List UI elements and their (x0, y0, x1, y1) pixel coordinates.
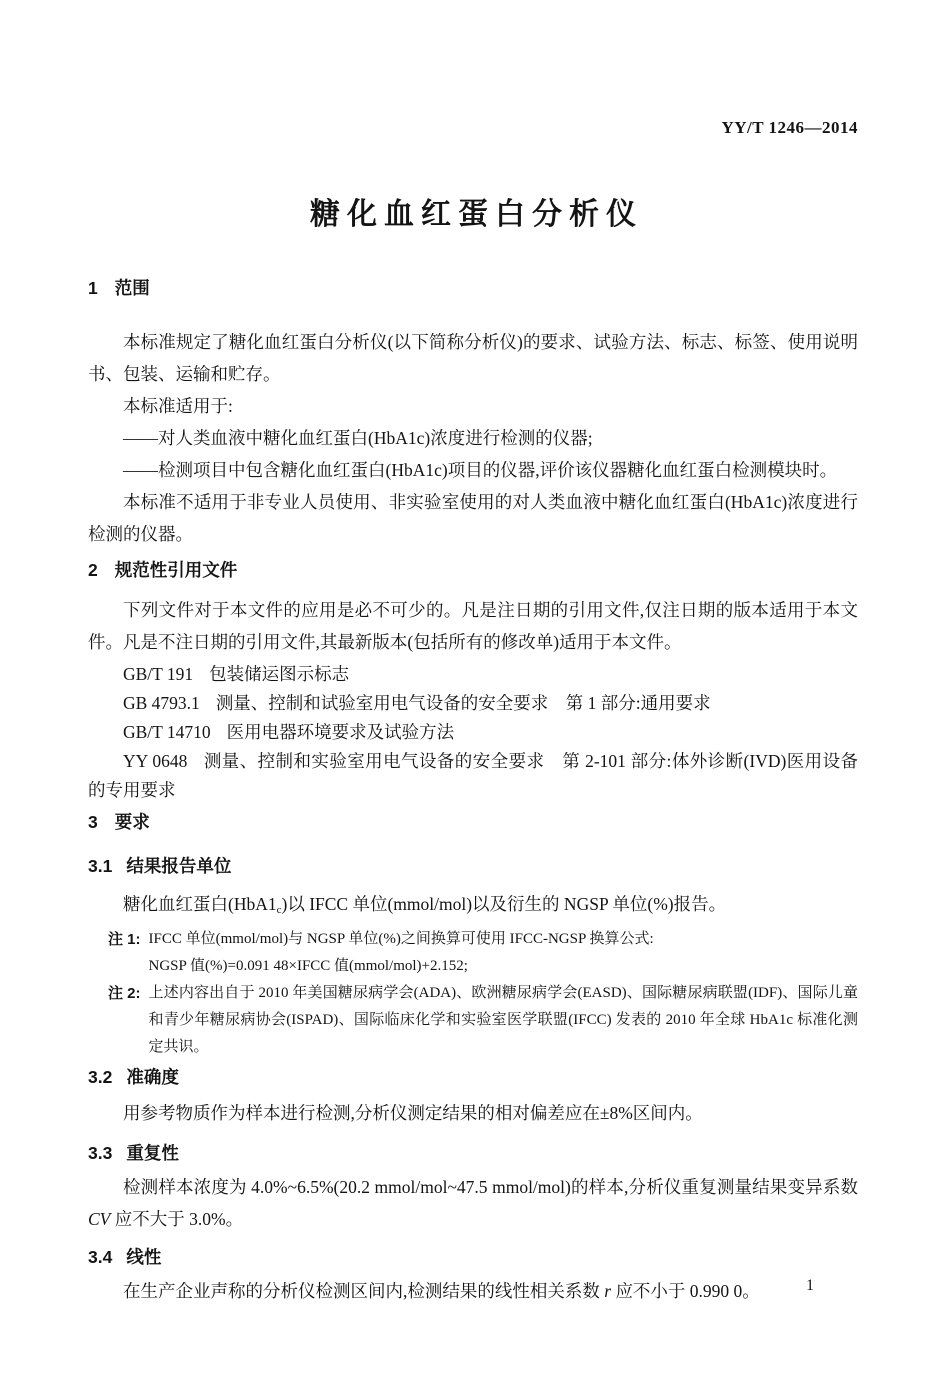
section-number: 3 (88, 812, 98, 832)
section-1-heading: 1范围 (88, 276, 858, 300)
repeatability-paragraph: 检测样本浓度为 4.0%~6.5%(20.2 mmol/mol~47.5 mmo… (88, 1171, 858, 1235)
document-title: 糖化血红蛋白分析仪 (88, 194, 858, 236)
scope-paragraph-2: 本标准适用于: (88, 390, 858, 422)
linearity-paragraph: 在生产企业声称的分析仪检测区间内,检测结果的线性相关系数 r 应不小于 0.99… (88, 1275, 858, 1307)
note-body: 上述内容出自于 2010 年美国糖尿病学会(ADA)、欧洲糖尿病学会(EASD)… (149, 980, 858, 1061)
reference-code: GB/T 191 (123, 664, 193, 684)
reference-item: GB/T 191包装储运图示标志 (88, 660, 858, 689)
section-title: 要求 (115, 812, 150, 832)
reference-code: GB/T 14710 (123, 722, 211, 742)
scope-list-item-1: ——对人类血液中糖化血红蛋白(HbA1c)浓度进行检测的仪器; (88, 422, 858, 454)
section-3-2-heading: 3.2准确度 (88, 1065, 858, 1089)
note-label: 注 1: (108, 926, 141, 980)
reference-name: 医用电器环境要求及试验方法 (227, 722, 455, 742)
note-1: 注 1: IFCC 单位(mmol/mol)与 NGSP 单位(%)之间换算可使… (108, 926, 858, 980)
section-number: 3.2 (88, 1067, 112, 1087)
note-1-formula: NGSP 值(%)=0.091 48×IFCC 值(mmol/mol)+2.15… (149, 953, 858, 980)
standard-code: YY/T 1246—2014 (88, 118, 858, 138)
section-title: 重复性 (126, 1143, 179, 1163)
scope-list-item-2: ——检测项目中包含糖化血红蛋白(HbA1c)项目的仪器,评价该仪器糖化血红蛋白检… (88, 454, 858, 486)
note-body: IFCC 单位(mmol/mol)与 NGSP 单位(%)之间换算可使用 IFC… (149, 926, 858, 980)
note-2: 注 2: 上述内容出自于 2010 年美国糖尿病学会(ADA)、欧洲糖尿病学会(… (108, 980, 858, 1061)
reference-name: 测量、控制和实验室用电气设备的安全要求 第 2-101 部分:体外诊断(IVD)… (88, 751, 858, 800)
text-part: 检测样本浓度为 4.0%~6.5%(20.2 mmol/mol~47.5 mmo… (123, 1177, 858, 1197)
reference-code: GB 4793.1 (123, 693, 200, 713)
references-intro-paragraph: 下列文件对于本文件的应用是必不可少的。凡是注日期的引用文件,仅注日期的版本适用于… (88, 594, 858, 658)
reference-name: 测量、控制和试验室用电气设备的安全要求 第 1 部分:通用要求 (216, 693, 711, 713)
note-2-text: 上述内容出自于 2010 年美国糖尿病学会(ADA)、欧洲糖尿病学会(EASD)… (149, 980, 858, 1061)
text-part: 应不大于 3.0%。 (110, 1209, 243, 1229)
reference-item: GB/T 14710医用电器环境要求及试验方法 (88, 718, 858, 747)
text-part: 在生产企业声称的分析仪检测区间内,检测结果的线性相关系数 (123, 1281, 604, 1301)
section-number: 3.3 (88, 1143, 112, 1163)
text-part: 应不小于 0.990 0。 (611, 1281, 760, 1301)
scope-paragraph-3: 本标准不适用于非专业人员使用、非实验室使用的对人类血液中糖化血红蛋白(HbA1c… (88, 486, 858, 550)
section-2-heading: 2规范性引用文件 (88, 558, 858, 582)
variable-cv: CV (88, 1209, 110, 1229)
reference-code: YY 0648 (123, 751, 187, 771)
section-3-3-heading: 3.3重复性 (88, 1141, 858, 1165)
section-3-4-heading: 3.4线性 (88, 1245, 858, 1269)
document-page: YY/T 1246—2014 糖化血红蛋白分析仪 1范围 本标准规定了糖化血红蛋… (0, 0, 950, 1383)
text-part: )以 IFCC 单位(mmol/mol)以及衍生的 NGSP 单位(%)报告。 (282, 894, 727, 914)
section-title: 准确度 (126, 1067, 179, 1087)
section-number: 1 (88, 278, 98, 298)
section-title: 范围 (115, 278, 150, 298)
section-title: 规范性引用文件 (115, 560, 238, 580)
reference-name: 包装储运图示标志 (209, 664, 349, 684)
scope-paragraph-1: 本标准规定了糖化血红蛋白分析仪(以下简称分析仪)的要求、试验方法、标志、标签、使… (88, 326, 858, 390)
section-number: 2 (88, 560, 98, 580)
accuracy-paragraph: 用参考物质作为样本进行检测,分析仪测定结果的相对偏差应在±8%区间内。 (88, 1097, 858, 1129)
reference-item: YY 0648测量、控制和实验室用电气设备的安全要求 第 2-101 部分:体外… (88, 747, 858, 805)
note-1-text: IFCC 单位(mmol/mol)与 NGSP 单位(%)之间换算可使用 IFC… (149, 926, 858, 953)
references-list: GB/T 191包装储运图示标志 GB 4793.1测量、控制和试验室用电气设备… (88, 660, 858, 805)
reference-item: GB 4793.1测量、控制和试验室用电气设备的安全要求 第 1 部分:通用要求 (88, 689, 858, 718)
note-label: 注 2: (108, 980, 141, 1061)
page-number: 1 (806, 1276, 814, 1296)
section-3-1-heading: 3.1结果报告单位 (88, 854, 858, 878)
section-3-heading: 3要求 (88, 810, 858, 834)
section-number: 3.1 (88, 856, 112, 876)
result-unit-paragraph: 糖化血红蛋白(HbA1c)以 IFCC 单位(mmol/mol)以及衍生的 NG… (88, 888, 858, 926)
text-part: 糖化血红蛋白(HbA1 (123, 894, 277, 914)
section-number: 3.4 (88, 1247, 112, 1267)
section-title: 线性 (126, 1247, 161, 1267)
section-title: 结果报告单位 (126, 856, 231, 876)
